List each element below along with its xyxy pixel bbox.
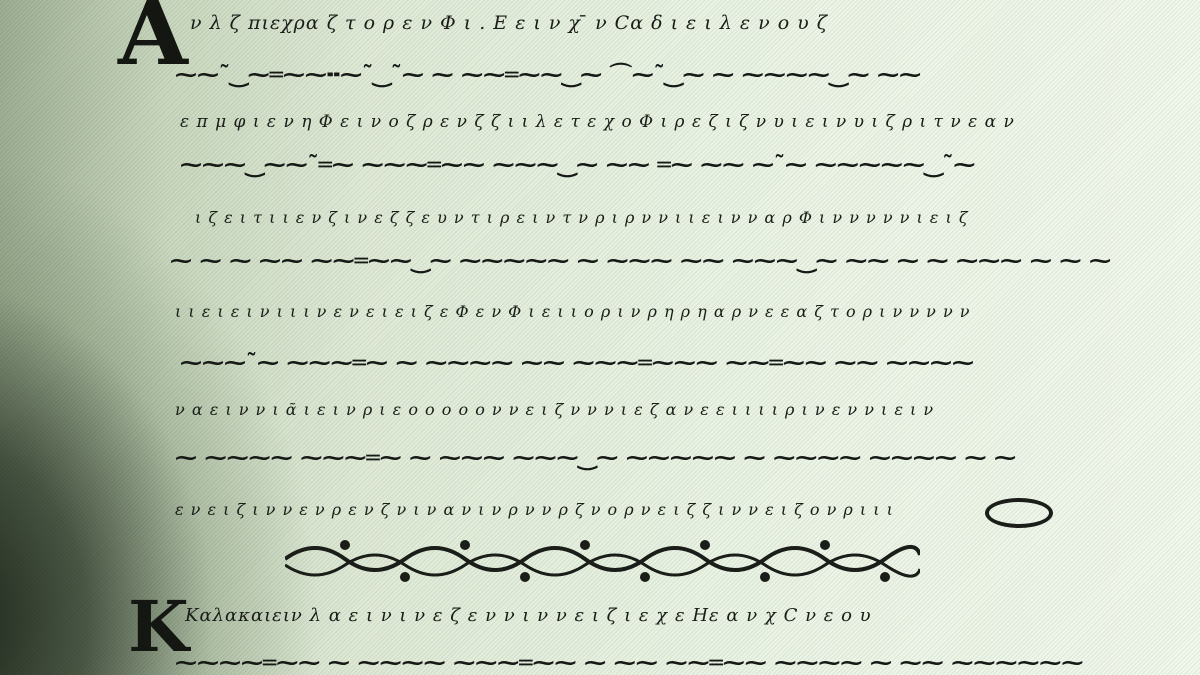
text-line: Καλακαιειν λ α ε ι ν ι ν ε ζ ε ν ν ι ν ν… <box>185 605 872 626</box>
neume-line: ⁓⁓⁓˜⁓ ⁓⁓⁓═⁓ ⁓ ⁓⁓⁓⁓ ⁓⁓ ⁓⁓⁓═⁓⁓⁓ ⁓⁓═⁓⁓ ⁓⁓ ⁓… <box>180 350 974 376</box>
text-line: ν λ ζ πιεχρα ζ τ ο ρ ε ν Φ ι . Ε ε ι ν χ… <box>190 12 828 34</box>
text-line: ε ν ε ι ζ ι ν ν ε ν ρ ε ν ζ ν ι ν α ν ι … <box>175 500 894 519</box>
text-line: ι ι ε ι ε ι ν ι ι ι ν ε ν ε ι ε ι ζ ε Φ … <box>175 302 970 321</box>
neume-line: ⁓⁓⁓‿⁓⁓˜═⁓ ⁓⁓⁓═⁓⁓ ⁓⁓⁓‿⁓ ⁓⁓ ═⁓ ⁓⁓ ⁓˜⁓ ⁓⁓⁓⁓… <box>180 152 975 178</box>
neume-line: ⁓ ⁓⁓⁓⁓ ⁓⁓⁓═⁓ ⁓ ⁓⁓⁓ ⁓⁓⁓‿⁓ ⁓⁓⁓⁓⁓ ⁓ ⁓⁓⁓⁓ ⁓⁓… <box>175 445 1016 471</box>
ornamental-border-band <box>285 535 920 583</box>
neume-line: ⁓⁓⁓⁓═⁓⁓ ⁓ ⁓⁓⁓⁓ ⁓⁓⁓═⁓⁓ ⁓ ⁓⁓ ⁓⁓═⁓⁓ ⁓⁓⁓⁓ ⁓ … <box>175 650 1083 675</box>
neume-line: ⁓ ⁓ ⁓ ⁓⁓ ⁓⁓═⁓⁓‿⁓ ⁓⁓⁓⁓⁓ ⁓ ⁓⁓⁓ ⁓⁓ ⁓⁓⁓‿⁓ ⁓⁓… <box>170 248 1111 274</box>
text-line: ε π μ φ ι ε ν η Φ ε ι ν ο ζ ρ ε ν ζ ζ ι … <box>180 112 1015 132</box>
text-line: ν α ε ι ν ν ι ᾶ ι ε ι ν ρ ι ε ο ο ο ο ο … <box>175 400 934 419</box>
line-end-ornament <box>985 498 1053 528</box>
manuscript-page: Α Κ ν λ ζ πιεχρα ζ τ ο ρ ε ν Φ ι . Ε ε ι… <box>0 0 1200 675</box>
text-line: ι ζ ε ι τ ι ι ε ν ζ ι ν ε ζ ζ ε υ ν τ ι … <box>195 208 969 227</box>
neume-line: ⁓⁓˜‿⁓═⁓⁓╍⁓˜‿˜⁓ ⁓ ⁓⁓═⁓⁓‿⁓ ⌒⁓˜‿⁓ ⁓ ⁓⁓⁓⁓‿⁓ … <box>175 58 921 89</box>
